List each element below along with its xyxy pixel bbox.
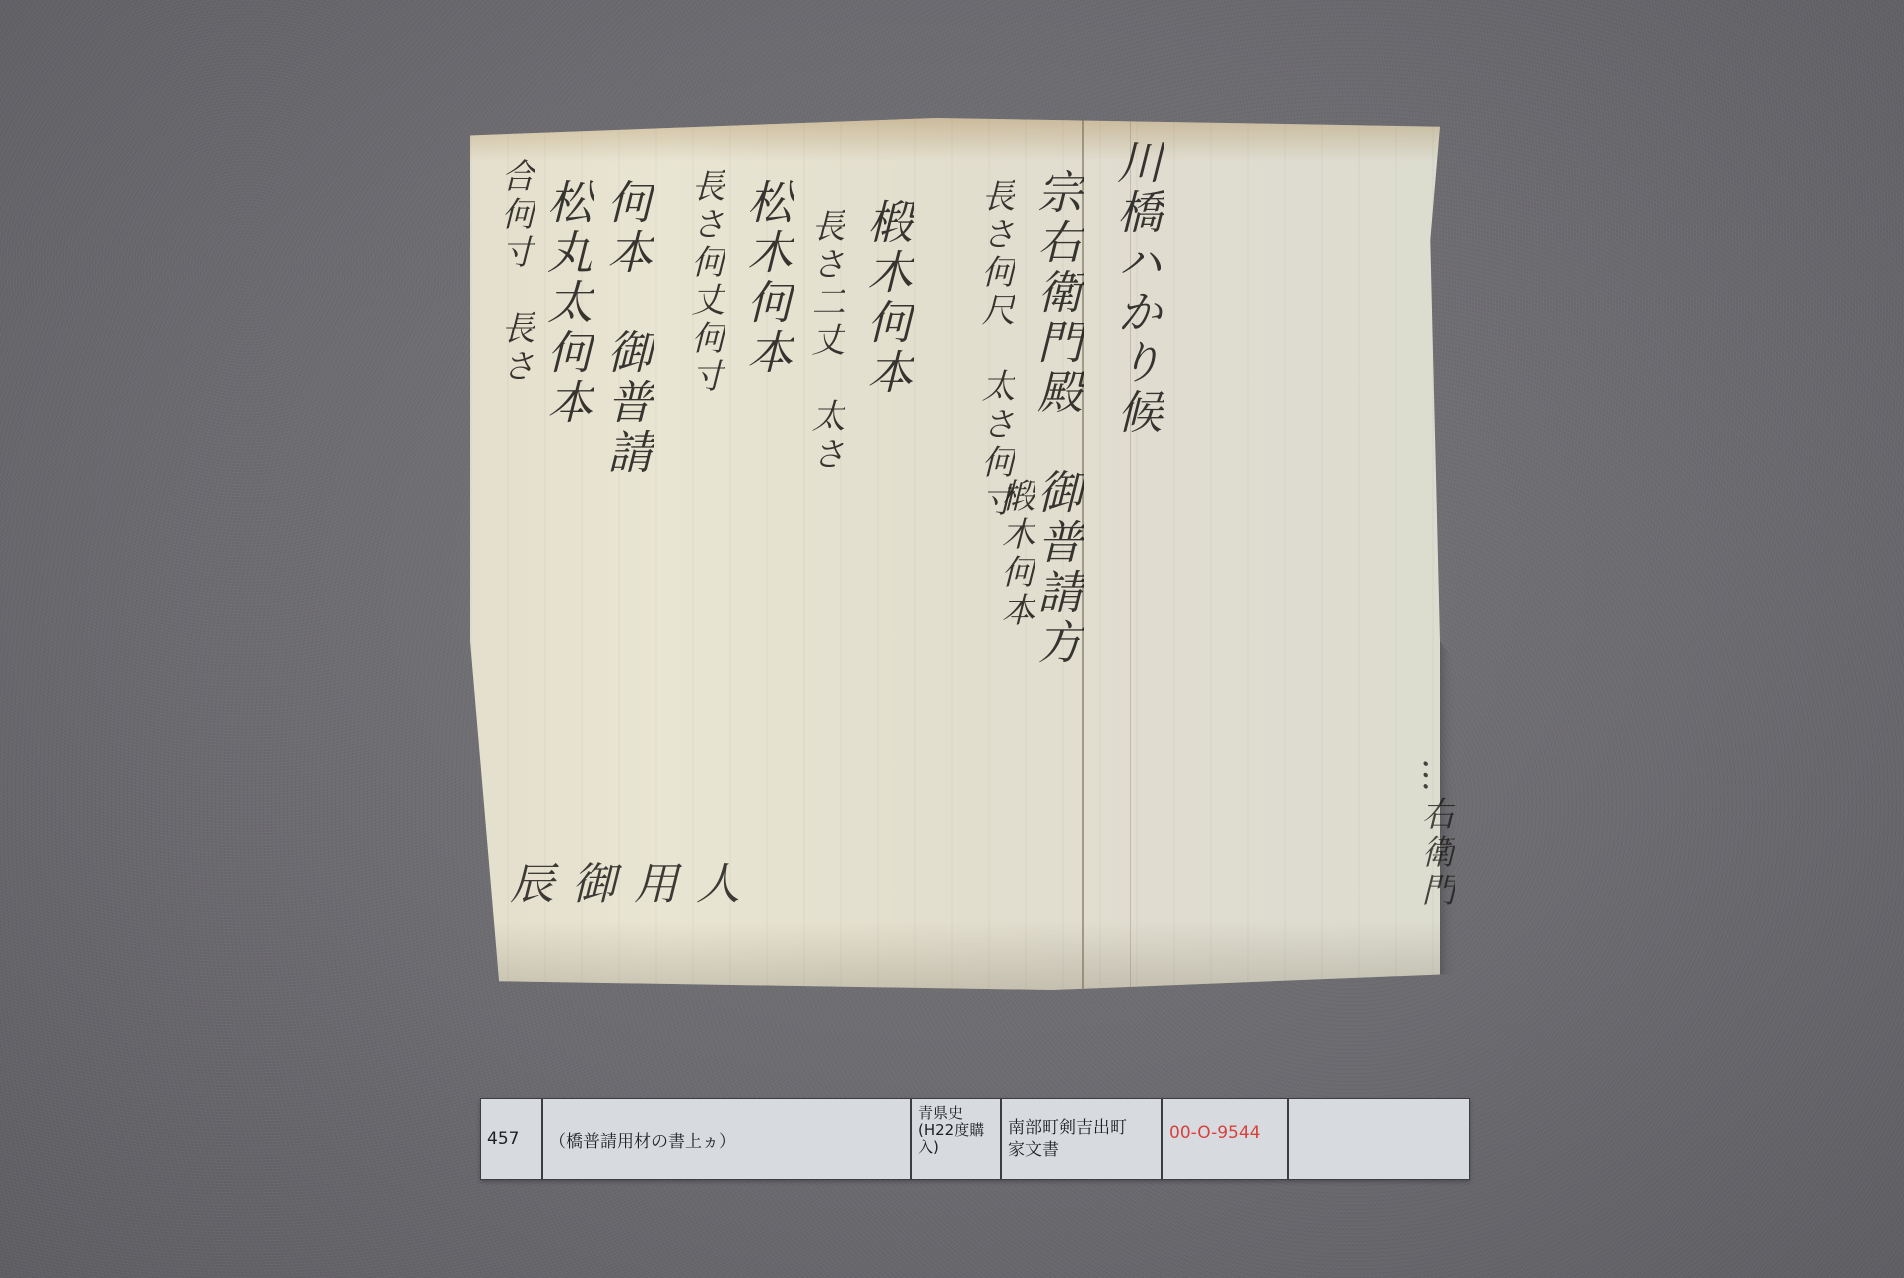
label-number: 457	[481, 1099, 543, 1179]
ink-column-4: 椴木何本	[854, 198, 920, 398]
label-source-line1: 青県史	[918, 1105, 984, 1122]
signature-row: 辰御用人	[510, 848, 758, 912]
ink-column-8: 何本 御普請	[594, 178, 660, 478]
manuscript-document: 川橋ハかり候 宗右衛門殿 御普請方 長さ何尺 太さ何寸 椴木何本 椴木何本 長さ…	[470, 118, 1440, 990]
label-owner-line1: 南部町剣吉出町	[1008, 1117, 1127, 1139]
ink-column-7: 長さ何丈何寸	[681, 168, 730, 396]
ink-column-6: 松木何本	[734, 178, 800, 378]
ink-column-10: 合何寸 長さ	[491, 158, 540, 386]
label-source-line3: 入)	[918, 1139, 984, 1156]
label-owner: 南部町剣吉出町 家文書	[1002, 1099, 1163, 1179]
ink-column-3: 長さ何尺 太さ何寸	[971, 178, 1020, 520]
label-title: （橋普請用材の書上ヵ）	[543, 1099, 912, 1179]
ink-column-1: 川橋ハかり候	[1104, 138, 1170, 438]
label-owner-line2: 家文書	[1008, 1139, 1127, 1161]
ink-column-3b: 椴木何本	[991, 478, 1040, 630]
label-source-line2: (H22度購	[918, 1122, 984, 1139]
right-margin-text: …右衛門	[1411, 758, 1460, 910]
ink-column-9: 松丸太何本	[534, 178, 600, 428]
ink-column-5: 長さ二丈 太さ	[801, 208, 850, 474]
label-source: 青県史 (H22度購 入)	[912, 1099, 1002, 1179]
label-code: 00-O-9544	[1163, 1099, 1289, 1179]
catalog-label: 457 （橋普請用材の書上ヵ） 青県史 (H22度購 入) 南部町剣吉出町 家文…	[480, 1098, 1470, 1180]
label-empty-cell	[1289, 1099, 1469, 1179]
